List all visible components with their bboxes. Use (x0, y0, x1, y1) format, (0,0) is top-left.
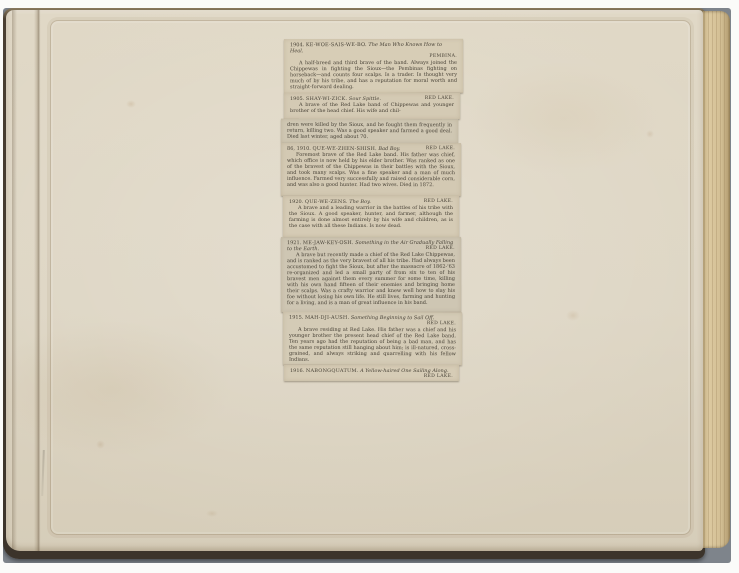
foxing-spot (126, 100, 136, 108)
foxing-spot (206, 510, 218, 517)
pasted-clipping-entry-1920: RED LAKE. 1920. QUE-WE-ZENS. The Boy. A … (283, 196, 459, 237)
entry-body: A brave and a leading warrior in the bat… (289, 205, 453, 229)
page-edge-shadow (12, 10, 17, 551)
pasted-clipping-entry-1921: 1921. ME-JAW-KEY-OSH. Something in the A… (281, 237, 461, 312)
entry-body: A brave residing at Red Lake. His father… (289, 327, 456, 363)
foxing-spot (646, 130, 654, 138)
entry-body-part-a: A brave of the Red Lake band of Chippewa… (290, 102, 454, 114)
book-fore-edge-pages (700, 11, 730, 548)
entry-name: NABONGQUATUM. (306, 368, 359, 374)
entry-name: KE-WOE-SAIS-WE-BO. (306, 42, 367, 48)
entry-name: MAH-DJI-AUSH. (305, 315, 349, 321)
photograph-of-album: 1904. KE-WOE-SAIS-WE-BO. The Man Who Kno… (3, 8, 731, 563)
pasted-clipping-entry-1905-lower: dren were killed by the Sioux, and he fo… (281, 119, 458, 144)
pencil-smudge (41, 450, 45, 496)
entry-body: Foremost brave of the Red Lake band. His… (287, 152, 455, 188)
album-page: 1904. KE-WOE-SAIS-WE-BO. The Man Who Kno… (6, 10, 703, 551)
pasted-clipping-entry-1904: 1904. KE-WOE-SAIS-WE-BO. The Man Who Kno… (284, 39, 463, 93)
entry-band: RED LAKE. (290, 374, 453, 380)
pasted-clipping-entry-1916: 1916. NABONGQUATUM. A Yellow-haired One … (284, 365, 459, 381)
entry-body-part-b: dren were killed by the Sioux, and he fo… (287, 122, 452, 141)
foxing-spot (566, 310, 580, 321)
foxing-spot (96, 440, 105, 449)
pasted-clipping-entry-1915: 1915. MAH-DJI-AUSH. Something Beginning … (283, 312, 462, 365)
entry-body: A half-breed and third brave of the band… (290, 60, 457, 90)
page-gutter-crease (34, 10, 42, 551)
entry-number: 1915. (289, 315, 303, 321)
entry-translation: Something Beginning to Sail Off. (351, 315, 435, 321)
pasted-clipping-entry-1905-upper: RED LAKE. 1905. SHAY-WI-ZICK. Sour Spitt… (284, 93, 460, 119)
entry-number: 1916. (290, 368, 304, 374)
pasted-clipping-entry-1910: RED LAKE. 86, 1910. QUE-WE-ZHEN-SHISH. B… (281, 143, 461, 196)
entry-body: A brave but recently made a chief of the… (287, 252, 455, 306)
